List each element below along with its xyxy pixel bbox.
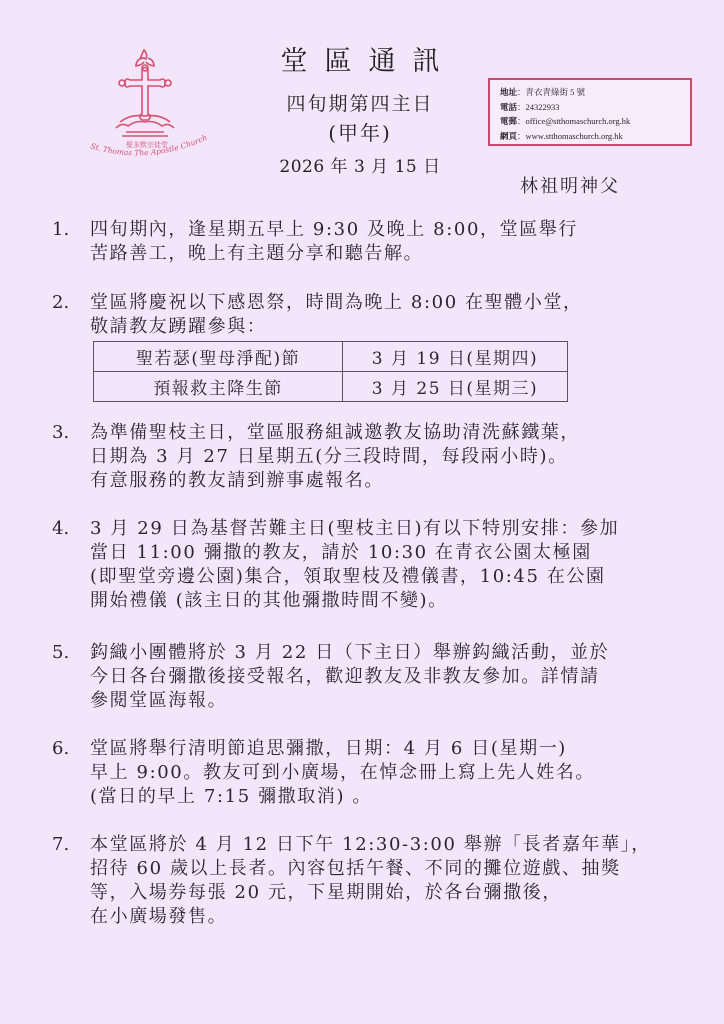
phone-value: 24322933 — [526, 102, 560, 112]
text-line: 今日各台彌撒後接受報名，歡迎教友及非教友參加。詳情請 — [90, 665, 690, 689]
text-line: (即聖堂旁邊公園)集合，領取聖枝及禮儀書，10:45 在公園 — [90, 565, 690, 589]
text-line: (當日的早上 7:15 彌撒取消) 。 — [90, 785, 690, 809]
text-line: 日期為 3 月 27 日星期五(分三段時間，每段兩小時)。 — [90, 445, 690, 469]
priest-name: 林祖明神父 — [520, 172, 620, 198]
text-line: 招待 60 歲以上長者。內容包括午餐、不同的攤位遊戲、抽獎 — [90, 857, 690, 881]
feast-table: 聖若瑟(聖母淨配)節 3 月 19 日(星期四) 預報救主降生節 3 月 25 … — [93, 341, 568, 402]
page-title: 堂區通訊 — [257, 44, 480, 80]
item-number: 4. — [52, 517, 69, 541]
text-line: 等，入場券每張 20 元，下星期開始，於各台彌撒後， — [90, 881, 690, 905]
text-line: 本堂區將於 4 月 12 日下午 12:30-3:00 舉辦「長者嘉年華」， — [90, 833, 690, 857]
contact-email: 電郵：office@stthomaschurch.org.hk — [500, 114, 690, 129]
text-line: 開始禮儀 (該主日的其他彌撒時間不變)。 — [90, 589, 690, 613]
text-line: 堂區將慶祝以下感恩祭，時間為晚上 8:00 在聖體小堂， — [90, 291, 690, 315]
text-line: 當日 11:00 彌撒的教友，請於 10:30 在青衣公園太極園 — [90, 541, 690, 565]
feast-name: 預報救主降生節 — [94, 372, 343, 402]
contact-label: 網頁 — [500, 131, 517, 141]
text-line: 鈎織小團體將於 3 月 22 日（下主日）舉辦鈎織活動，並於 — [90, 641, 690, 665]
contact-address: 地址：青衣青綠街 5 號 — [500, 85, 690, 100]
text-line: 四旬期內，逢星期五早上 9:30 及晚上 8:00，堂區舉行 — [90, 218, 690, 242]
cross-logo-icon: 聖多默宗徒堂 St. Thomas The Apostle Church — [82, 44, 212, 164]
table-row: 預報救主降生節 3 月 25 日(星期三) — [94, 372, 568, 402]
contact-sep: ： — [517, 87, 526, 97]
contact-sep: ： — [517, 131, 526, 141]
text-line: 苦路善工，晚上有主題分享和聽告解。 — [90, 242, 690, 266]
text-line: 參閱堂區海報。 — [90, 689, 690, 713]
issue-date: 2026 年 3 月 15 日 — [240, 154, 480, 180]
item-text: 四旬期內，逢星期五早上 9:30 及晚上 8:00，堂區舉行 苦路善工，晚上有主… — [90, 218, 690, 266]
contact-website: 網頁：www.stthomaschurch.org.hk — [500, 129, 690, 144]
text-line: 3 月 29 日為基督苦難主日(聖枝主日)有以下特別安排：參加 — [90, 517, 690, 541]
table-row: 聖若瑟(聖母淨配)節 3 月 19 日(星期四) — [94, 342, 568, 372]
contact-info-box: 地址：青衣青綠街 5 號 電話：24322933 電郵：office@sttho… — [488, 78, 692, 146]
item-text: 堂區將舉行清明節追思彌撒，日期：4 月 6 日(星期一) 早上 9:00。教友可… — [90, 737, 690, 809]
text-line: 為準備聖枝主日，堂區服務組誠邀教友協助清洗蘇鐵葉， — [90, 421, 690, 445]
contact-label: 電話 — [500, 102, 517, 112]
liturgical-sunday: 四旬期第四主日 — [240, 90, 480, 118]
item-number: 5. — [52, 641, 69, 665]
address-value: 青衣青綠街 5 號 — [526, 87, 586, 97]
newsletter-page: 聖多默宗徒堂 St. Thomas The Apostle Church 堂區通… — [0, 0, 724, 1024]
text-line: 早上 9:00。教友可到小廣場，在悼念冊上寫上先人姓名。 — [90, 761, 690, 785]
text-line: 堂區將舉行清明節追思彌撒，日期：4 月 6 日(星期一) — [90, 737, 690, 761]
contact-sep: ： — [517, 116, 526, 126]
item-number: 1. — [52, 218, 69, 242]
text-line: 敬請教友踴躍參與： — [90, 315, 690, 339]
item-number: 6. — [52, 737, 69, 761]
item-number: 7. — [52, 833, 69, 857]
item-text: 3 月 29 日為基督苦難主日(聖枝主日)有以下特別安排：參加 當日 11:00… — [90, 517, 690, 613]
item-number: 2. — [52, 291, 69, 315]
contact-sep: ： — [517, 102, 526, 112]
header-titles: 堂區通訊 四旬期第四主日 (甲年) 2026 年 3 月 15 日 — [240, 44, 480, 180]
website-link[interactable]: www.stthomaschurch.org.hk — [526, 131, 623, 141]
text-line: 有意服務的教友請到辦事處報名。 — [90, 469, 690, 493]
item-text: 鈎織小團體將於 3 月 22 日（下主日）舉辦鈎織活動，並於 今日各台彌撒後接受… — [90, 641, 690, 713]
feast-date: 3 月 25 日(星期三) — [342, 372, 567, 402]
feast-date: 3 月 19 日(星期四) — [342, 342, 567, 372]
item-number: 3. — [52, 421, 69, 445]
contact-label: 地址 — [500, 87, 517, 97]
contact-phone: 電話：24322933 — [500, 100, 690, 115]
email-link[interactable]: office@stthomaschurch.org.hk — [526, 116, 631, 126]
church-logo: 聖多默宗徒堂 St. Thomas The Apostle Church — [82, 44, 212, 164]
item-text: 堂區將慶祝以下感恩祭，時間為晚上 8:00 在聖體小堂， 敬請教友踴躍參與： — [90, 291, 690, 339]
contact-label: 電郵 — [500, 116, 517, 126]
liturgical-year: (甲年) — [240, 118, 480, 148]
feast-name: 聖若瑟(聖母淨配)節 — [94, 342, 343, 372]
item-text: 本堂區將於 4 月 12 日下午 12:30-3:00 舉辦「長者嘉年華」， 招… — [90, 833, 690, 929]
text-line: 在小廣場發售。 — [90, 905, 690, 929]
item-text: 為準備聖枝主日，堂區服務組誠邀教友協助清洗蘇鐵葉， 日期為 3 月 27 日星期… — [90, 421, 690, 493]
